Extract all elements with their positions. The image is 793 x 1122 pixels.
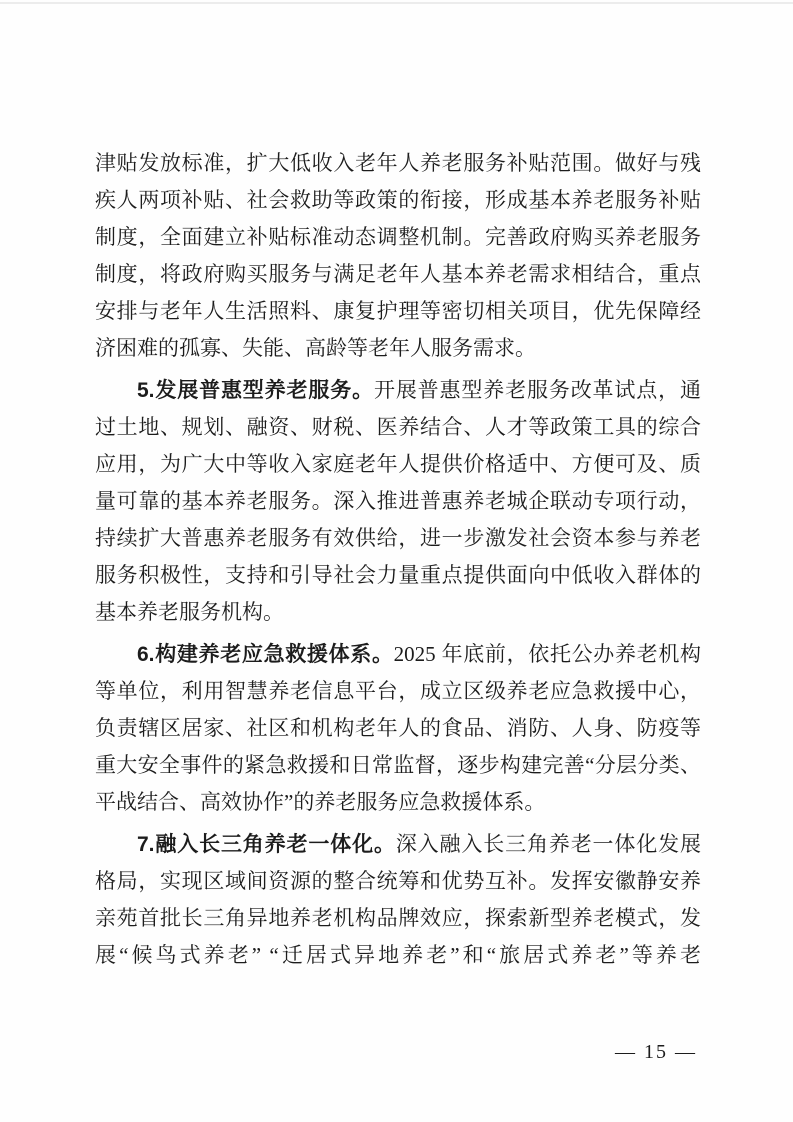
line-text: 展“候鸟式养老” “迁居式异地养老”和“旅居式养老”等养老 xyxy=(95,943,701,967)
line-text: 重大安全事件的紧急救援和日常监督，逐步构建完善“分层分类、 xyxy=(95,753,701,777)
text-line: 量可靠的基本养老服务。深入推进普惠养老城企联动专项行动， xyxy=(95,483,701,520)
text-line: 应用，为广大中等收入家庭老年人提供价格适中、方便可及、质 xyxy=(95,446,701,483)
text-line: 持续扩大普惠养老服务有效供给，进一步激发社会资本参与养老 xyxy=(95,520,701,557)
text-line: 津贴发放标准，扩大低收入老年人养老服务补贴范围。做好与残 xyxy=(95,145,701,182)
line-text: 济困难的孤寡、失能、高龄等老年人服务需求。 xyxy=(95,336,536,360)
text-line: 安排与老年人生活照料、康复护理等密切相关项目，优先保障经 xyxy=(95,293,701,330)
line-text: 疾人两项补贴、社会救助等政策的衔接，形成基本养老服务补贴 xyxy=(95,188,701,212)
text-line: 制度，全面建立补贴标准动态调整机制。完善政府购买养老服务 xyxy=(95,219,701,256)
line-text: 基本养老服务机构。 xyxy=(95,600,284,624)
text-line: 疾人两项补贴、社会救助等政策的衔接，形成基本养老服务补贴 xyxy=(95,182,701,219)
line-text: 负责辖区居家、社区和机构老年人的食品、消防、人身、防疫等 xyxy=(95,716,701,740)
document-body: 津贴发放标准，扩大低收入老年人养老服务补贴范围。做好与残 疾人两项补贴、社会救助… xyxy=(95,145,701,974)
text-line: 过土地、规划、融资、财税、医养结合、人才等政策工具的综合 xyxy=(95,409,701,446)
line-text: 平战结合、高效协作”的养老服务应急救援体系。 xyxy=(95,790,545,814)
line-text: 制度，全面建立补贴标准动态调整机制。完善政府购买养老服务 xyxy=(95,225,701,249)
line-text: 亲苑首批长三角异地养老机构品牌效应，探索新型养老模式，发 xyxy=(95,906,701,930)
text-line: 6.构建养老应急救援体系。2025 年底前，依托公办养老机构 xyxy=(95,636,701,673)
scan-artifact-line xyxy=(0,2,793,4)
line-text: 应用，为广大中等收入家庭老年人提供价格适中、方便可及、质 xyxy=(95,452,701,476)
text-line: 负责辖区居家、社区和机构老年人的食品、消防、人身、防疫等 xyxy=(95,710,701,747)
text-line: 重大安全事件的紧急救援和日常监督，逐步构建完善“分层分类、 xyxy=(95,747,701,784)
line-text: 安排与老年人生活照料、康复护理等密切相关项目，优先保障经 xyxy=(95,299,701,323)
page-number: — 15 — xyxy=(615,1040,697,1064)
text-line: 展“候鸟式养老” “迁居式异地养老”和“旅居式养老”等养老 xyxy=(95,937,701,974)
line-text: 制度，将政府购买服务与满足老年人基本养老需求相结合，重点 xyxy=(95,262,701,286)
line-text: 开展普惠型养老服务改革试点，通 xyxy=(374,378,701,402)
line-text: 2025 年底前，依托公办养老机构 xyxy=(394,642,701,666)
text-line: 基本养老服务机构。 xyxy=(95,594,701,631)
text-line: 亲苑首批长三角异地养老机构品牌效应，探索新型养老模式，发 xyxy=(95,900,701,937)
line-text: 过土地、规划、融资、财税、医养结合、人才等政策工具的综合 xyxy=(95,415,701,439)
text-line: 等单位，利用智慧养老信息平台，成立区级养老应急救援中心， xyxy=(95,673,701,710)
paragraph-heading: 6.构建养老应急救援体系。 xyxy=(137,643,394,666)
paragraph-heading: 7.融入长三角养老一体化。 xyxy=(137,833,396,856)
text-line: 平战结合、高效协作”的养老服务应急救援体系。 xyxy=(95,784,701,821)
text-line: 格局，实现区域间资源的整合统筹和优势互补。发挥安徽静安养 xyxy=(95,863,701,900)
document-page: 津贴发放标准，扩大低收入老年人养老服务补贴范围。做好与残 疾人两项补贴、社会救助… xyxy=(0,0,793,1122)
line-text: 深入融入长三角养老一体化发展 xyxy=(396,832,701,856)
text-line: 7.融入长三角养老一体化。深入融入长三角养老一体化发展 xyxy=(95,826,701,863)
text-line: 5.发展普惠型养老服务。开展普惠型养老服务改革试点，通 xyxy=(95,372,701,409)
line-text: 量可靠的基本养老服务。深入推进普惠养老城企联动专项行动， xyxy=(95,489,701,513)
text-line: 服务积极性，支持和引导社会力量重点提供面向中低收入群体的 xyxy=(95,557,701,594)
line-text: 格局，实现区域间资源的整合统筹和优势互补。发挥安徽静安养 xyxy=(95,869,701,893)
line-text: 等单位，利用智慧养老信息平台，成立区级养老应急救援中心， xyxy=(95,679,701,703)
line-text: 津贴发放标准，扩大低收入老年人养老服务补贴范围。做好与残 xyxy=(95,151,701,175)
paragraph-heading: 5.发展普惠型养老服务。 xyxy=(137,379,374,402)
line-text: 服务积极性，支持和引导社会力量重点提供面向中低收入群体的 xyxy=(95,563,701,587)
line-text: 持续扩大普惠养老服务有效供给，进一步激发社会资本参与养老 xyxy=(95,526,701,550)
text-line: 济困难的孤寡、失能、高龄等老年人服务需求。 xyxy=(95,330,701,367)
text-line: 制度，将政府购买服务与满足老年人基本养老需求相结合，重点 xyxy=(95,256,701,293)
